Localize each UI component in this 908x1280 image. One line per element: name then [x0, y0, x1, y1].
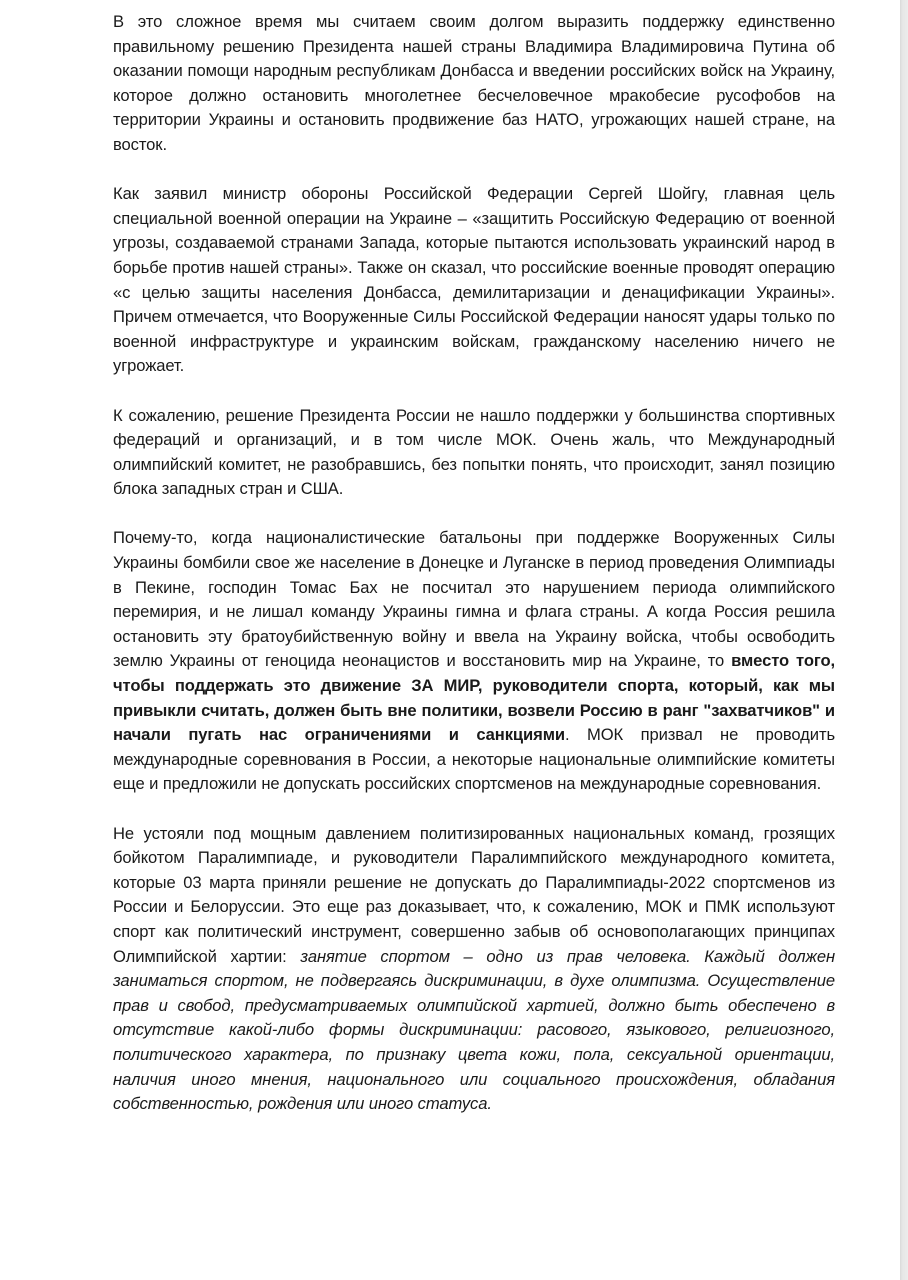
paragraph-paralympic-decision: Не устояли под мощным давлением политизи… — [113, 822, 835, 1117]
paragraph-text: Как заявил министр обороны Российской Фе… — [113, 184, 835, 375]
page-edge-divider — [900, 0, 908, 1280]
document-page: В это сложное время мы считаем своим дол… — [0, 0, 900, 1280]
paragraph-text: Почему-то, когда националистические бата… — [113, 528, 835, 670]
paragraph-support-statement: В это сложное время мы считаем своим дол… — [113, 10, 835, 158]
paragraph-ioc-position: К сожалению, решение Президента России н… — [113, 404, 835, 502]
olympic-charter-quote: занятие спортом – одно из прав человека.… — [113, 947, 835, 1114]
paragraph-text: К сожалению, решение Президента России н… — [113, 406, 835, 499]
document-body: В это сложное время мы считаем своим дол… — [113, 10, 835, 1117]
paragraph-text: Не устояли под мощным давлением политизи… — [113, 824, 835, 966]
paragraph-olympic-truce: Почему-то, когда националистические бата… — [113, 526, 835, 797]
paragraph-defense-minister-quote: Как заявил министр обороны Российской Фе… — [113, 182, 835, 379]
paragraph-text: В это сложное время мы считаем своим дол… — [113, 12, 835, 154]
